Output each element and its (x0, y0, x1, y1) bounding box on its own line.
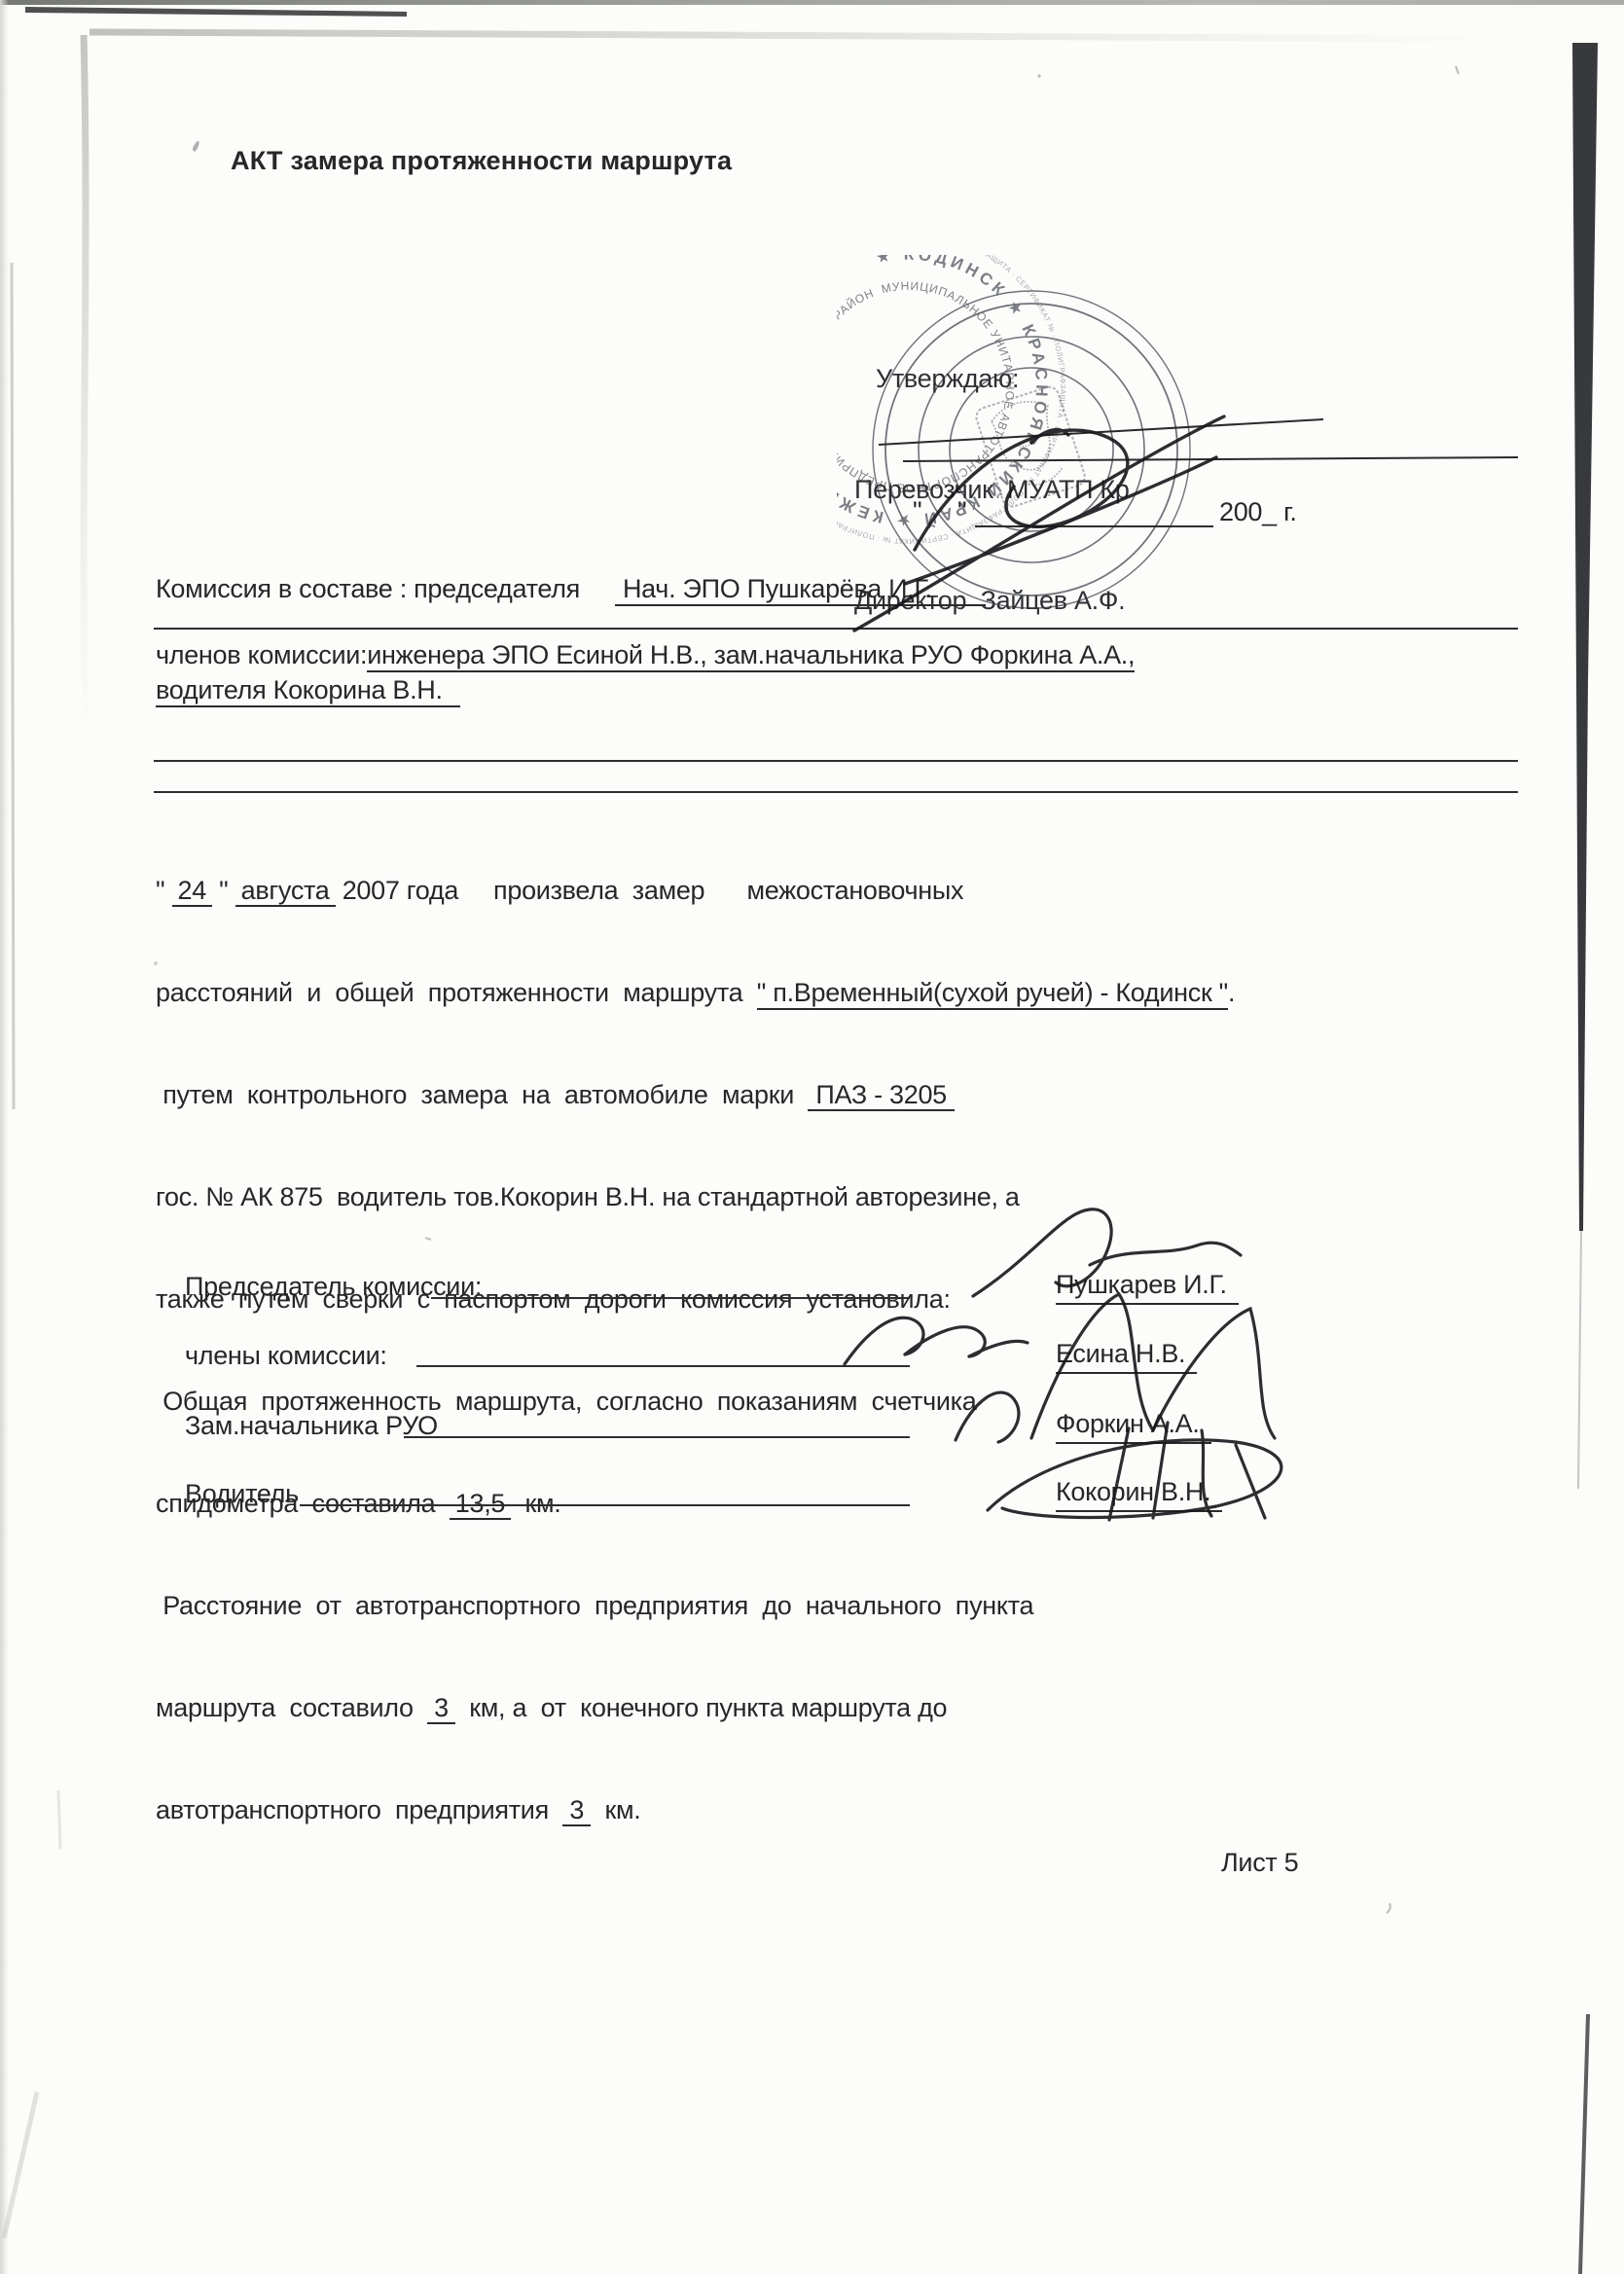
ruled-line-1 (154, 628, 1518, 630)
body-line-3: путем контрольного замера на автомобиле … (156, 1078, 1508, 1112)
signature-line-deputy (404, 1436, 910, 1438)
body-line-4: гос. № АК 875 водитель тов.Кокорин В.Н. … (156, 1180, 1508, 1214)
body-text: 2007 года произвела замер межостановочны… (336, 876, 964, 905)
commission-members-value2: водителя Кокорина В.Н. (156, 675, 460, 707)
body-text: км, а от конечного пункта маршрута до (455, 1693, 947, 1722)
body-text: Расстояние от автотранспортного предприя… (156, 1591, 1033, 1620)
signature-line-driver (300, 1504, 910, 1506)
body-text: маршрута составило (156, 1693, 427, 1722)
signature-row-label-driver: Водитель (185, 1477, 299, 1511)
date-quote-close: " (957, 494, 966, 528)
date-line (975, 525, 1213, 527)
signature-name-members: Есина Н.В. (1056, 1337, 1197, 1374)
signature-line-chair (431, 1297, 910, 1299)
vehicle-model-value: ПАЗ - 3205 (808, 1080, 954, 1111)
ruled-line-2 (154, 760, 1518, 762)
body-text: путем контрольного замера на автомобиле … (156, 1080, 808, 1109)
commission-members-label: членов комиссии: (156, 640, 367, 669)
page-title: АКТ замера протяженности маршрута (231, 146, 732, 176)
body-text: расстояний и общей протяженности маршрут… (156, 978, 757, 1007)
body-text: автотранспортного предприятия (156, 1795, 562, 1824)
ruled-line-3 (154, 791, 1518, 793)
body-line-1: " 24 " августа 2007 года произвела замер… (156, 874, 1508, 908)
signature-name-driver: Кокорин В.Н. (1056, 1475, 1222, 1512)
body-text: " (212, 876, 235, 905)
year-placeholder: 200_ г. (1219, 495, 1297, 529)
day-value: 24 (172, 876, 212, 907)
commission-chair-row: Комиссия в составе : председателяНач. ЭП… (156, 572, 986, 606)
commission-members-value: инженера ЭПО Есиной Н.В., зам.начальника… (367, 640, 1135, 672)
signature-name-deputy: Форкин А.А. (1056, 1407, 1211, 1444)
body-text: " (156, 876, 172, 905)
commission-chair-value: Нач. ЭПО Пушкарёва И.Г. (615, 574, 986, 606)
body-line-2: расстояний и общей протяженности маршрут… (156, 976, 1508, 1010)
signature-line-members (416, 1365, 910, 1367)
date-quote-open: " (913, 494, 921, 528)
scan-artifact-bottomleft (4, 2092, 37, 2238)
approval-carrier-line: Перевозчик МУАТП Кр (854, 468, 1130, 511)
distance-end-value: 3 (562, 1795, 591, 1826)
route-name-value: " п.Временный(сухой ручей) - Кодинск " (757, 978, 1228, 1010)
signature-name-chair: Пушкарев И.Г. (1056, 1268, 1239, 1305)
approval-approve-word: Утверждаю: (854, 357, 1130, 400)
scan-artifact-right-bar (1572, 43, 1598, 2274)
body-text: гос. № АК 875 водитель тов.Кокорин В.Н. … (156, 1182, 1020, 1211)
scan-artifact-top-edge (0, 0, 1624, 5)
body-line-9: маршрута составило 3 км, а от конечного … (156, 1691, 1508, 1725)
month-value: августа (235, 876, 336, 907)
body-line-8: Расстояние от автотранспортного предприя… (156, 1589, 1508, 1623)
body-text: . (1228, 978, 1235, 1007)
signature-row-label-members: члены комиссии: (185, 1339, 387, 1373)
body-text: км. (591, 1795, 640, 1824)
commission-members-row-2: водителя Кокорина В.Н. (156, 673, 460, 707)
distance-start-value: 3 (427, 1693, 455, 1724)
scan-artifact-left-edge (0, 0, 9, 2274)
document-page: АКТ замера протяженности маршрута ★ КОДИ (0, 0, 1624, 2274)
body-text: км. (511, 1489, 560, 1518)
approval-block: Утверждаю: Перевозчик МУАТП Кр Директор … (854, 289, 1130, 690)
body-line-10: автотранспортного предприятия 3 км. (156, 1793, 1508, 1827)
sheet-label: Лист 5 (1221, 1846, 1298, 1880)
commission-members-row: членов комиссии:инженера ЭПО Есиной Н.В.… (156, 638, 1135, 672)
commission-chair-label: Комиссия в составе : председателя (156, 574, 580, 603)
signature-row-label-deputy: Зам.начальника РУО (185, 1409, 438, 1443)
